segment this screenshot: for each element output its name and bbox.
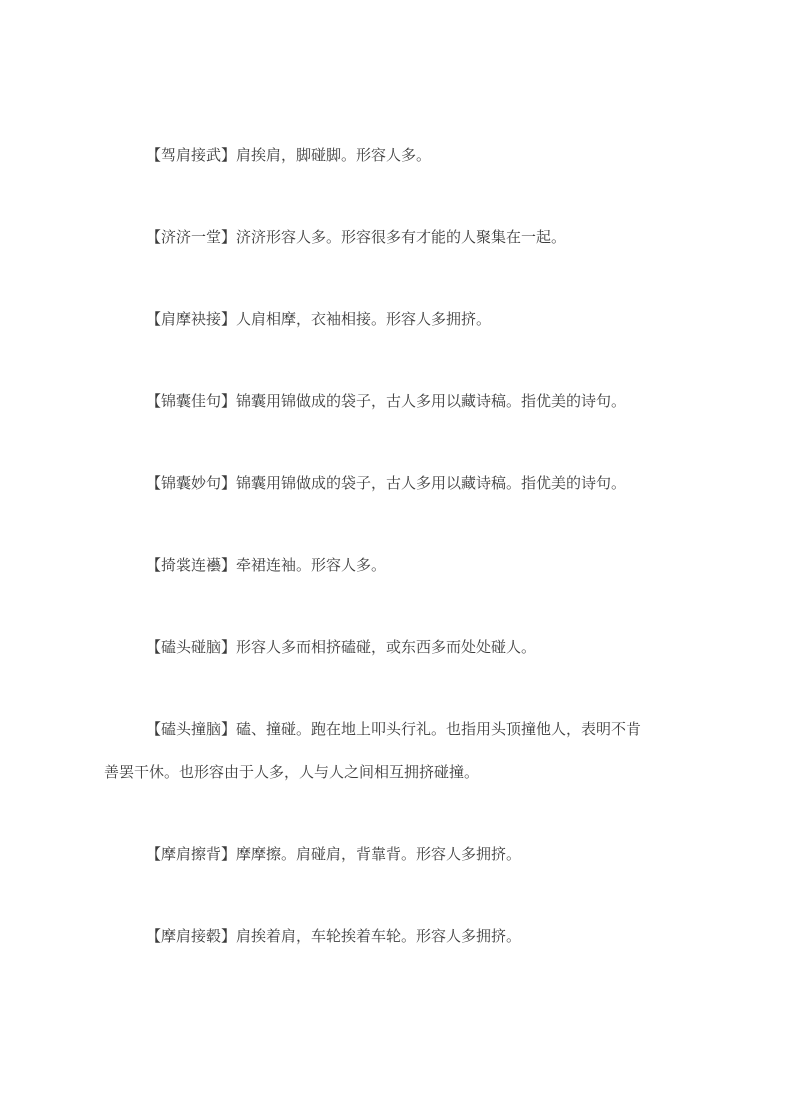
idiom-term: 【摩肩接毂】 [146,928,236,945]
idiom-entry: 【肩摩袂接】人肩相摩，衣袖相接。形容人多拥挤。 [104,298,652,341]
idiom-term: 【肩摩袂接】 [146,311,236,328]
idiom-term: 【磕头碰脑】 [146,639,236,656]
idiom-entry: 【摩肩擦背】摩摩擦。肩碰肩，背靠背。形容人多拥挤。 [104,833,652,876]
idiom-definition: 肩挨着肩，车轮挨着车轮。形容人多拥挤。 [236,928,521,945]
idiom-term: 【摩肩擦背】 [146,846,236,863]
idiom-definition: 摩摩擦。肩碰肩，背靠背。形容人多拥挤。 [236,846,521,863]
idiom-term: 【磕头撞脑】 [146,721,236,738]
idiom-entry: 【摩肩接毂】肩挨着肩，车轮挨着车轮。形容人多拥挤。 [104,915,652,958]
idiom-entry: 【济济一堂】济济形容人多。形容很多有才能的人聚集在一起。 [104,216,652,259]
idiom-definition: 肩挨肩，脚碰脚。形容人多。 [236,147,431,164]
idiom-entry: 【掎裳连襼】牵裙连袖。形容人多。 [104,544,652,587]
document-page: 【驾肩接武】肩挨肩，脚碰脚。形容人多。【济济一堂】济济形容人多。形容很多有才能的… [0,0,792,1120]
idiom-definition: 形容人多而相挤磕碰，或东西多而处处碰人。 [236,639,536,656]
idiom-list: 【驾肩接武】肩挨肩，脚碰脚。形容人多。【济济一堂】济济形容人多。形容很多有才能的… [104,134,652,958]
idiom-entry: 【锦囊佳句】锦囊用锦做成的袋子，古人多用以藏诗稿。指优美的诗句。 [104,380,652,423]
idiom-term: 【掎裳连襼】 [146,557,236,574]
idiom-definition: 人肩相摩，衣袖相接。形容人多拥挤。 [236,311,491,328]
idiom-entry: 【锦囊妙句】锦囊用锦做成的袋子，古人多用以藏诗稿。指优美的诗句。 [104,462,652,505]
idiom-entry: 【驾肩接武】肩挨肩，脚碰脚。形容人多。 [104,134,652,177]
idiom-definition: 锦囊用锦做成的袋子，古人多用以藏诗稿。指优美的诗句。 [236,475,626,492]
idiom-entry: 【磕头撞脑】磕、撞碰。跑在地上叩头行礼。也指用头顶撞他人，表明不肯善罢干休。也形… [104,708,652,794]
idiom-definition: 牵裙连袖。形容人多。 [236,557,386,574]
idiom-definition: 锦囊用锦做成的袋子，古人多用以藏诗稿。指优美的诗句。 [236,393,626,410]
idiom-definition: 济济形容人多。形容很多有才能的人聚集在一起。 [236,229,566,246]
idiom-term: 【锦囊佳句】 [146,393,236,410]
idiom-entry: 【磕头碰脑】形容人多而相挤磕碰，或东西多而处处碰人。 [104,626,652,669]
idiom-term: 【济济一堂】 [146,229,236,246]
idiom-term: 【锦囊妙句】 [146,475,236,492]
idiom-term: 【驾肩接武】 [146,147,236,164]
